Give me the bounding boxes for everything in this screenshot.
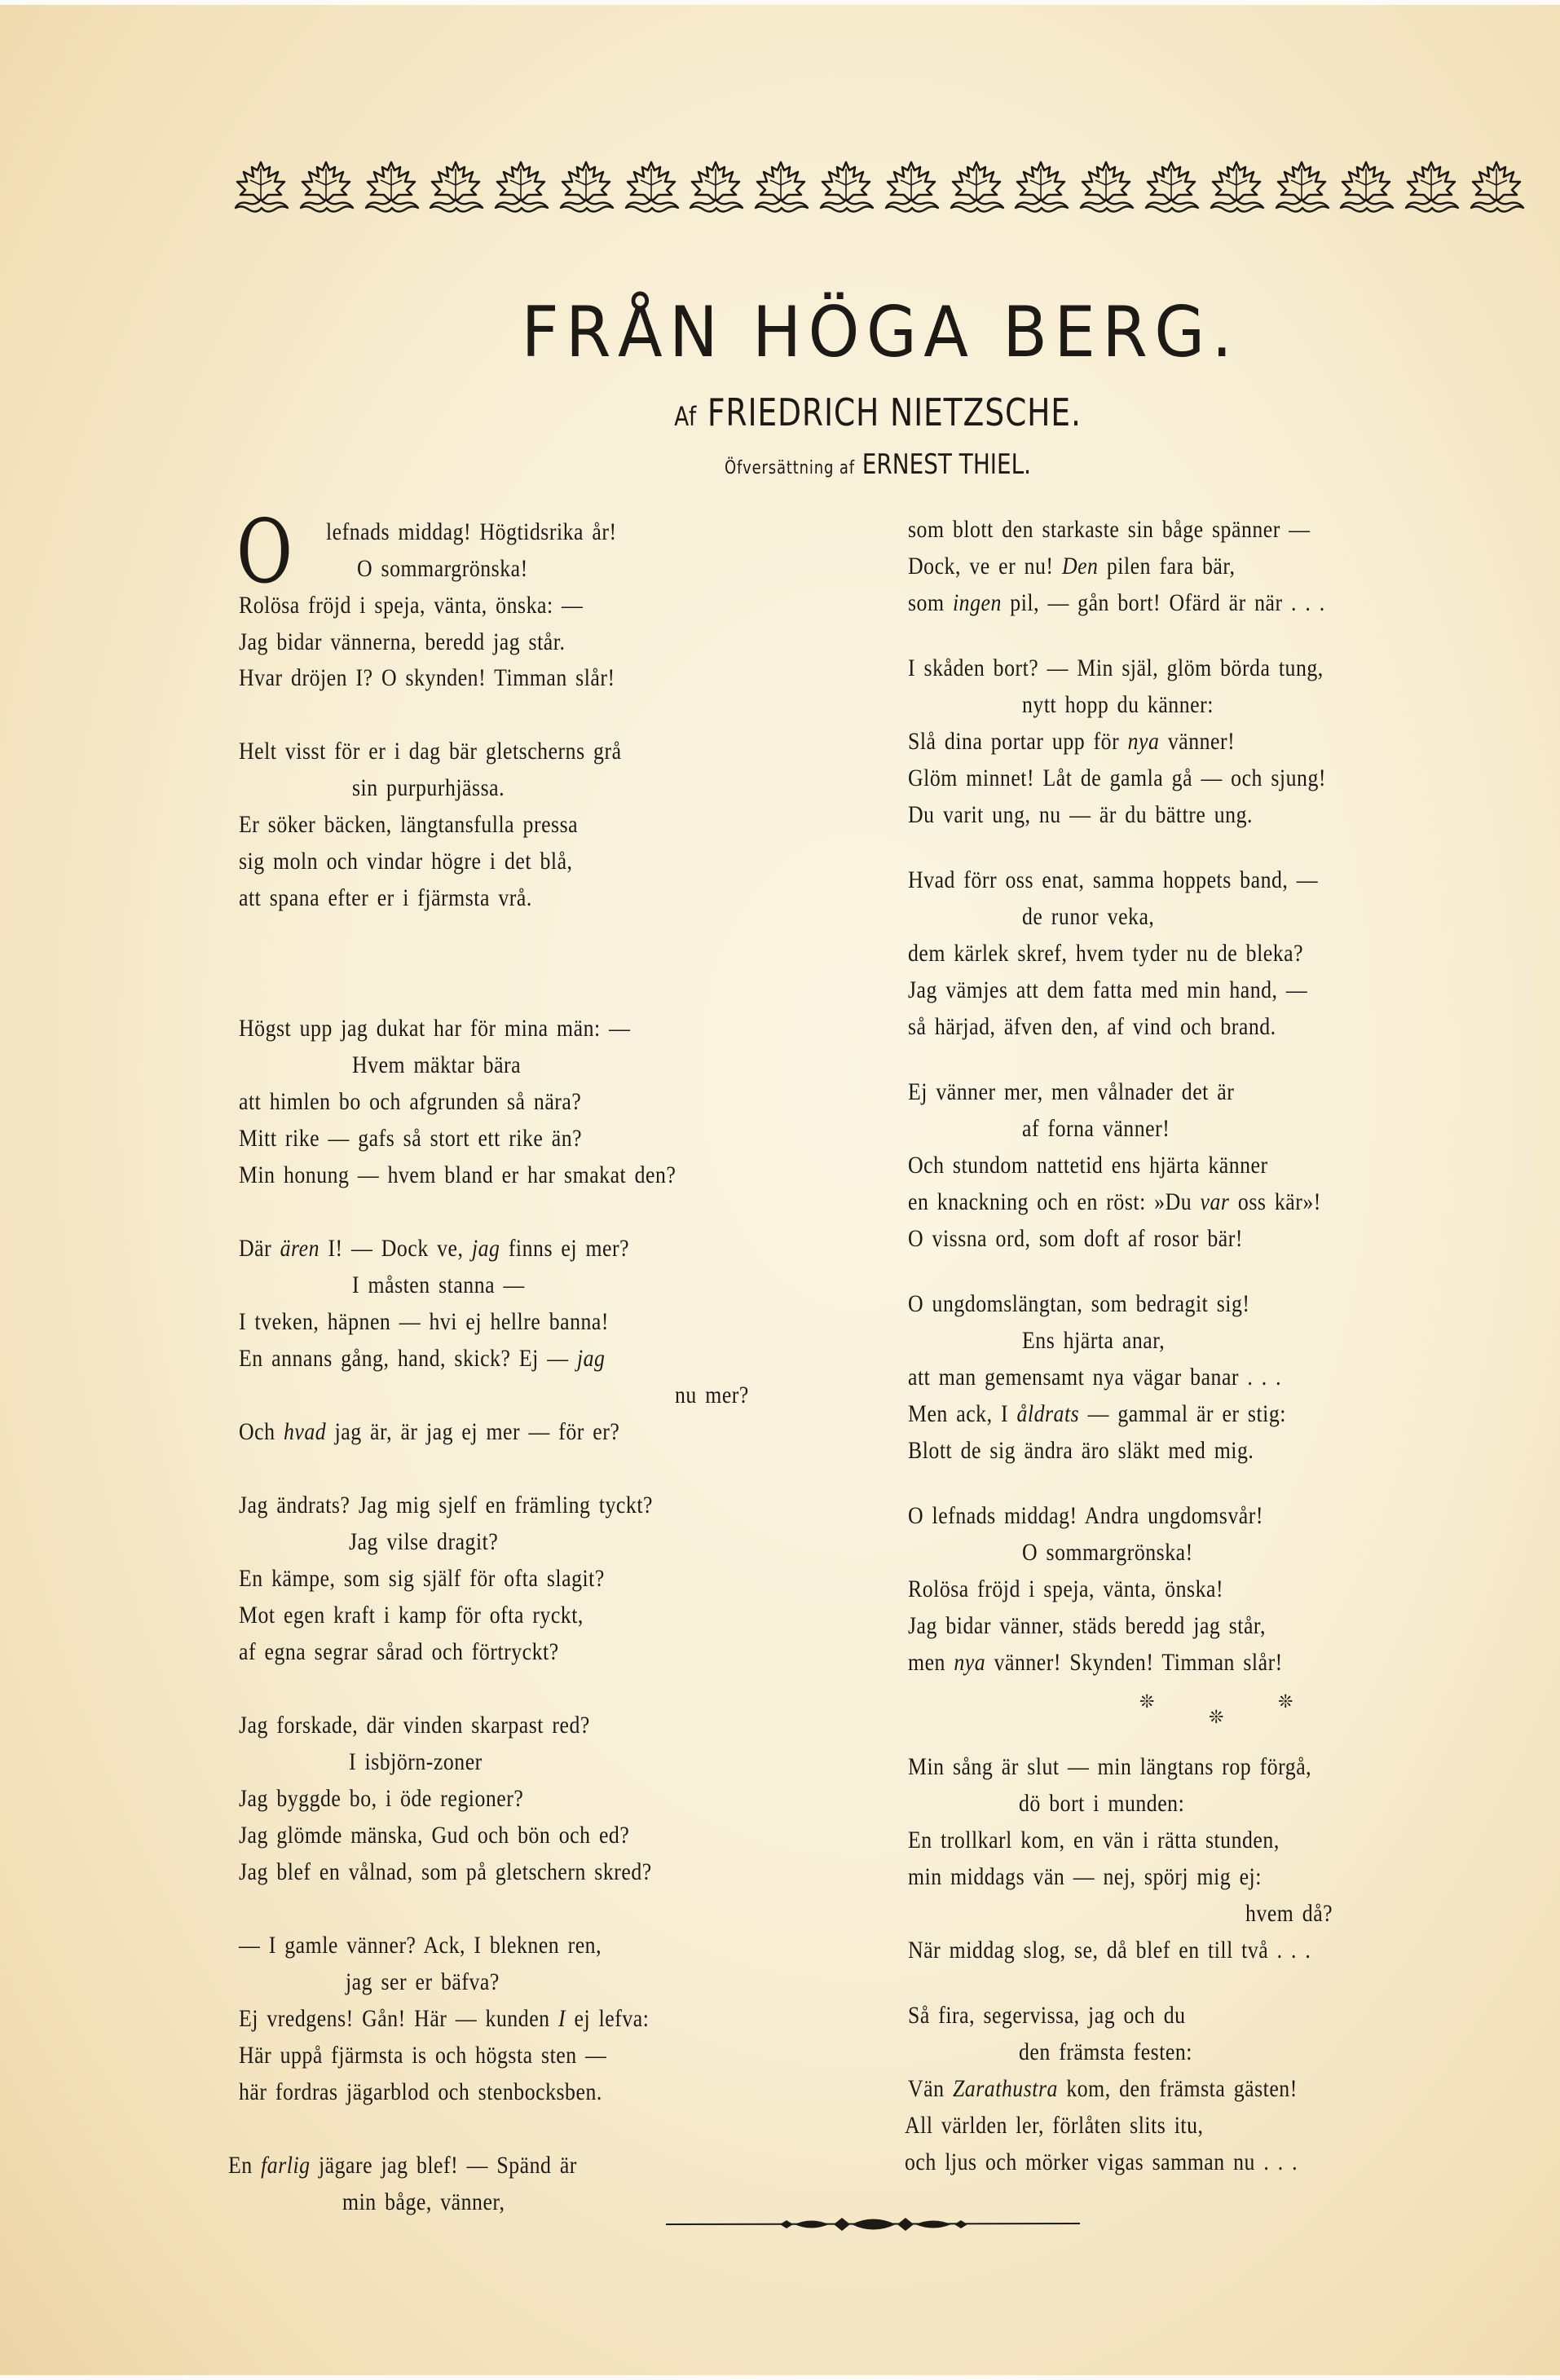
page-title: FRÅN HÖGA BERG.: [62, 292, 1513, 373]
ornamental-divider-icon: [666, 2210, 1080, 2238]
maple-leaf-icon: [621, 157, 681, 223]
maple-leaf-icon: [1336, 157, 1396, 223]
maple-leaf-icon: [946, 157, 1007, 223]
maple-leaf-icon: [1401, 157, 1461, 223]
translator-line: Öfversättning af ERNEST THIEL.: [158, 447, 1437, 487]
author-name: FRIEDRICH NIETZSCHE.: [707, 390, 1082, 434]
maple-leaf-icon: [1206, 157, 1267, 223]
maple-leaf-icon: [1466, 157, 1527, 223]
maple-leaf-icon: [751, 157, 811, 223]
maple-leaf-icon: [816, 157, 876, 223]
maple-leaf-icon: [1076, 157, 1136, 223]
maple-leaf-icon: [231, 157, 291, 223]
maple-leaf-icon: [881, 157, 941, 223]
drop-cap: O: [236, 512, 293, 593]
maple-leaf-icon: [556, 157, 616, 223]
author-line: Af FRIEDRICH NIETZSCHE.: [158, 390, 1437, 439]
author-prefix: Af: [674, 401, 697, 432]
maple-leaf-icon: [1011, 157, 1071, 223]
leaf-ornament-band: [231, 156, 1527, 223]
scan-bottom-edge: [0, 2375, 1560, 2380]
maple-leaf-icon: [1271, 157, 1332, 223]
maple-leaf-icon: [685, 157, 746, 223]
translator-prefix: Öfversättning af: [725, 458, 855, 478]
maple-leaf-icon: [491, 157, 551, 223]
maple-leaf-icon: [425, 157, 486, 223]
maple-leaf-icon: [361, 157, 421, 223]
translator-name: ERNEST THIEL.: [862, 448, 1031, 481]
maple-leaf-icon: [296, 157, 356, 223]
maple-leaf-icon: [1141, 157, 1201, 223]
